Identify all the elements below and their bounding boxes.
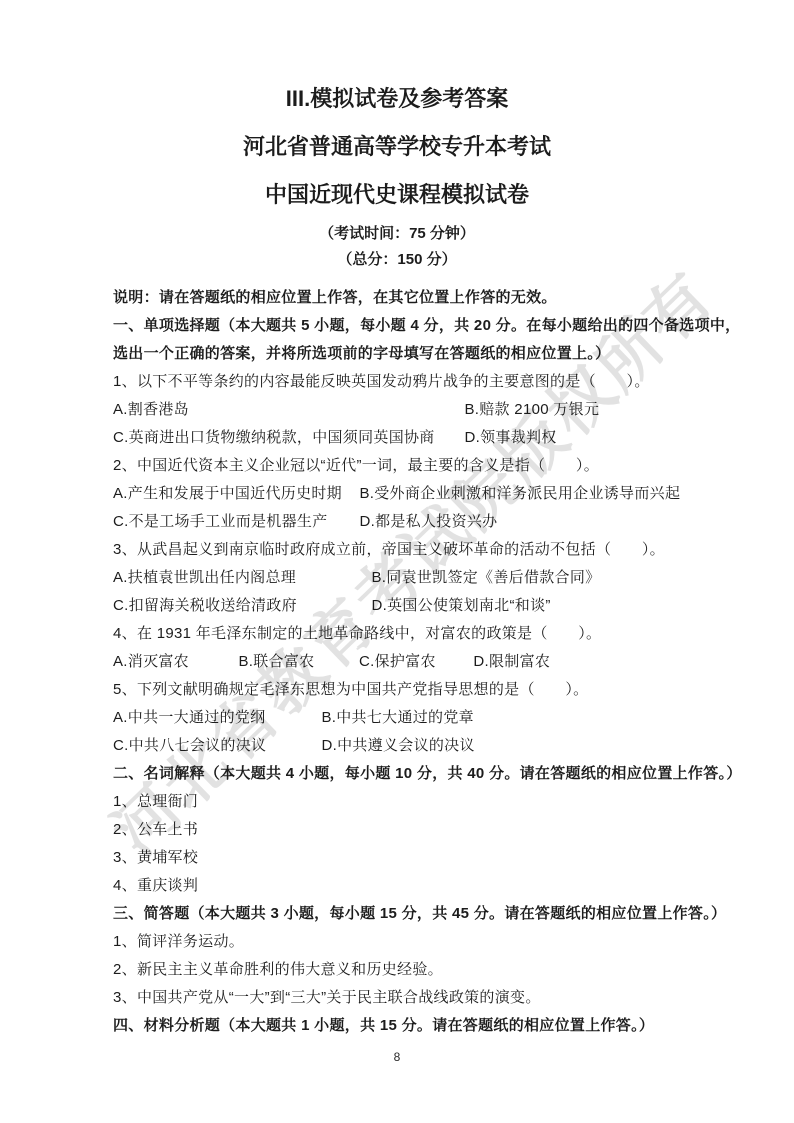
q3-option-a: A.扶植袁世凯出任内阁总理 xyxy=(113,564,367,592)
section2-item-2: 2、公车上书 xyxy=(113,816,691,844)
q5-option-d: D.中共遵义会议的决议 xyxy=(321,732,474,760)
exam-time-line: （考试时间：75 分钟） xyxy=(0,224,794,244)
section1-heading-line1: 一、单项选择题（本大题共 5 小题，每小题 4 分，共 20 分。在每小题给出的… xyxy=(113,312,691,340)
q1-option-a: A.割香港岛 xyxy=(113,396,460,424)
q4-option-b: B.联合富农 xyxy=(238,648,354,676)
q3-stem: 3、从武昌起义到南京临时政府成立前，帝国主义破坏革命的活动不包括（ ）。 xyxy=(113,536,691,564)
q4-stem: 4、在 1931 年毛泽东制定的土地革命路线中，对富农的政策是（ ）。 xyxy=(113,620,691,648)
q5-option-c: C.中共八七会议的决议 xyxy=(113,732,317,760)
section4-heading: 四、材料分析题（本大题共 1 小题，共 15 分。请在答题纸的相应位置上作答。） xyxy=(113,1012,691,1040)
q2-option-b: B.受外商企业刺激和洋务派民用企业诱导而兴起 xyxy=(359,480,680,508)
section2-item-3: 3、黄埔军校 xyxy=(113,844,691,872)
q2-option-d: D.都是私人投资兴办 xyxy=(359,508,497,536)
q3-option-d: D.英国公使策划南北“和谈” xyxy=(371,592,550,620)
q1-options-row1: A.割香港岛 B.赔款 2100 万银元 xyxy=(113,396,691,424)
section3-heading: 三、简答题（本大题共 3 小题，每小题 15 分，共 45 分。请在答题纸的相应… xyxy=(113,900,691,928)
q5-options-row2: C.中共八七会议的决议 D.中共遵义会议的决议 xyxy=(113,732,691,760)
q2-stem: 2、中国近代资本主义企业冠以“近代”一词，最主要的含义是指（ ）。 xyxy=(113,452,691,480)
instructions-line: 说明：请在答题纸的相应位置上作答，在其它位置上作答的无效。 xyxy=(113,284,691,312)
section2-heading: 二、名词解释（本大题共 4 小题，每小题 10 分，共 40 分。请在答题纸的相… xyxy=(113,760,691,788)
section3-item-1: 1、简评洋务运动。 xyxy=(113,928,691,956)
exam-name-title: 河北省普通高等学校专升本考试 xyxy=(0,134,794,160)
q2-option-a: A.产生和发展于中国近代历史时期 xyxy=(113,480,355,508)
document-title: III.模拟试卷及参考答案 xyxy=(0,86,794,112)
section3-item-3: 3、中国共产党从“一大”到“三大”关于民主联合战线政策的演变。 xyxy=(113,984,691,1012)
q2-option-c: C.不是工场手工业而是机器生产 xyxy=(113,508,355,536)
q5-options-row1: A.中共一大通过的党纲 B.中共七大通过的党章 xyxy=(113,704,691,732)
exam-paper-page: 河北省教育考试院版权所有 III.模拟试卷及参考答案 河北省普通高等学校专升本考… xyxy=(0,0,794,1123)
section1-heading-line2: 选出一个正确的答案，并将所选项前的字母填写在答题纸的相应位置上。） xyxy=(113,340,691,368)
section2-item-1: 1、总理衙门 xyxy=(113,788,691,816)
page-number: 8 xyxy=(394,1050,401,1064)
q1-options-row2: C.英商进出口货物缴纳税款，中国须同英国协商 D.领事裁判权 xyxy=(113,424,691,452)
q5-option-b: B.中共七大通过的党章 xyxy=(321,704,473,732)
page-content: III.模拟试卷及参考答案 河北省普通高等学校专升本考试 中国近现代史课程模拟试… xyxy=(0,86,794,1040)
q1-option-d: D.领事裁判权 xyxy=(464,424,556,452)
title-block: III.模拟试卷及参考答案 河北省普通高等学校专升本考试 中国近现代史课程模拟试… xyxy=(0,86,794,270)
q3-options-row2: C.扣留海关税收送给清政府 D.英国公使策划南北“和谈” xyxy=(113,592,691,620)
q3-option-c: C.扣留海关税收送给清政府 xyxy=(113,592,367,620)
q4-option-d: D.限制富农 xyxy=(473,648,550,676)
q4-option-a: A.消灭富农 xyxy=(113,648,234,676)
q4-option-c: C.保护富农 xyxy=(359,648,469,676)
q5-option-a: A.中共一大通过的党纲 xyxy=(113,704,317,732)
exam-body: 说明：请在答题纸的相应位置上作答，在其它位置上作答的无效。 一、单项选择题（本大… xyxy=(113,284,691,1040)
q5-stem: 5、下列文献明确规定毛泽东思想为中国共产党指导思想的是（ ）。 xyxy=(113,676,691,704)
q2-options-row2: C.不是工场手工业而是机器生产 D.都是私人投资兴办 xyxy=(113,508,691,536)
q1-option-c: C.英商进出口货物缴纳税款，中国须同英国协商 xyxy=(113,424,460,452)
course-paper-title: 中国近现代史课程模拟试卷 xyxy=(0,182,794,208)
section2-item-4: 4、重庆谈判 xyxy=(113,872,691,900)
q2-options-row1: A.产生和发展于中国近代历史时期 B.受外商企业刺激和洋务派民用企业诱导而兴起 xyxy=(113,480,691,508)
section3-item-2: 2、新民主主义革命胜利的伟大意义和历史经验。 xyxy=(113,956,691,984)
q1-stem: 1、以下不平等条约的内容最能反映英国发动鸦片战争的主要意图的是（ ）。 xyxy=(113,368,691,396)
q4-options-row: A.消灭富农 B.联合富农 C.保护富农 D.限制富农 xyxy=(113,648,691,676)
q1-option-b: B.赔款 2100 万银元 xyxy=(464,396,599,424)
page-footer: 8 xyxy=(0,1050,794,1064)
q3-options-row1: A.扶植袁世凯出任内阁总理 B.同袁世凯签定《善后借款合同》 xyxy=(113,564,691,592)
q3-option-b: B.同袁世凯签定《善后借款合同》 xyxy=(371,564,600,592)
total-score-line: （总分：150 分） xyxy=(0,250,794,270)
